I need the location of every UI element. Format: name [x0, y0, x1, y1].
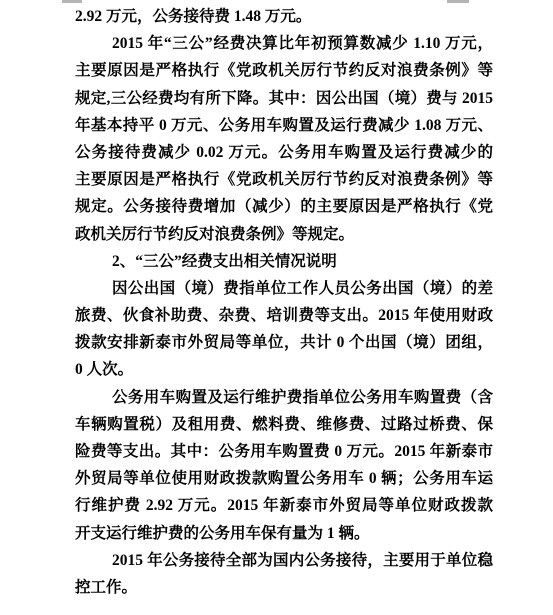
section-heading-line: 2、“三公”经费支出相关情况说明 — [75, 248, 493, 275]
document-page: 2.92 万元，公务接待费 1.48 万元。 2015 年“三公”经费决算比年初… — [0, 0, 553, 615]
text-line: 旅费、伙食补助费、杂费、培训费等支出。2015 年使用财政 — [75, 302, 493, 329]
text-line: 行维护费 2.92 万元。2015 年新泰市外贸局等单位财政拨款 — [75, 492, 493, 519]
text-line: 政机关厉行节约反对浪费条例》等规定。 — [75, 221, 493, 248]
text-line: 0 人次。 — [75, 356, 493, 383]
document-text: 2.92 万元，公务接待费 1.48 万元。 2015 年“三公”经费决算比年初… — [75, 3, 493, 601]
text-line: 公务用车购置及运行维护费指单位公务用车购置费（含 — [75, 384, 493, 411]
text-line: 拨款安排新泰市外贸局等单位，共计 0 个出国（境）团组， — [75, 329, 493, 356]
text-line: 2.92 万元，公务接待费 1.48 万元。 — [75, 3, 493, 30]
text-line: 2015 年“三公”经费决算比年初预算数减少 1.10 万元， — [75, 30, 493, 57]
text-line: 规定,三公经费均有所下降。其中：因公出国（境）费与 2015 — [75, 85, 493, 112]
text-line: 规定。公务接待费增加（减少）的主要原因是严格执行《党 — [75, 193, 493, 220]
text-line: 外贸局等单位使用财政拨款购置公务用车 0 辆；公务用车运 — [75, 465, 493, 492]
text-line: 2015 年公务接待全部为国内公务接待，主要用于单位稳 — [75, 547, 493, 574]
text-line: 控工作。 — [75, 574, 493, 601]
text-line: 因公出国（境）费指单位工作人员公务出国（境）的差 — [75, 275, 493, 302]
text-line: 主要原因是严格执行《党政机关厉行节约反对浪费条例》等 — [75, 166, 493, 193]
text-line: 车辆购置税）及租用费、燃料费、维修费、过路过桥费、保 — [75, 411, 493, 438]
text-line: 年基本持平 0 万元、公务用车购置及运行费减少 1.08 万元、 — [75, 112, 493, 139]
text-line: 主要原因是严格执行《党政机关厉行节约反对浪费条例》等 — [75, 57, 493, 84]
text-line: 公务接待费减少 0.02 万元。公务用车购置及运行费减少的 — [75, 139, 493, 166]
text-line: 开支运行维护费的公务用车保有量为 1 辆。 — [75, 520, 493, 547]
text-line: 险费等支出。其中：公务用车购置费 0 万元。2015 年新泰市 — [75, 438, 493, 465]
